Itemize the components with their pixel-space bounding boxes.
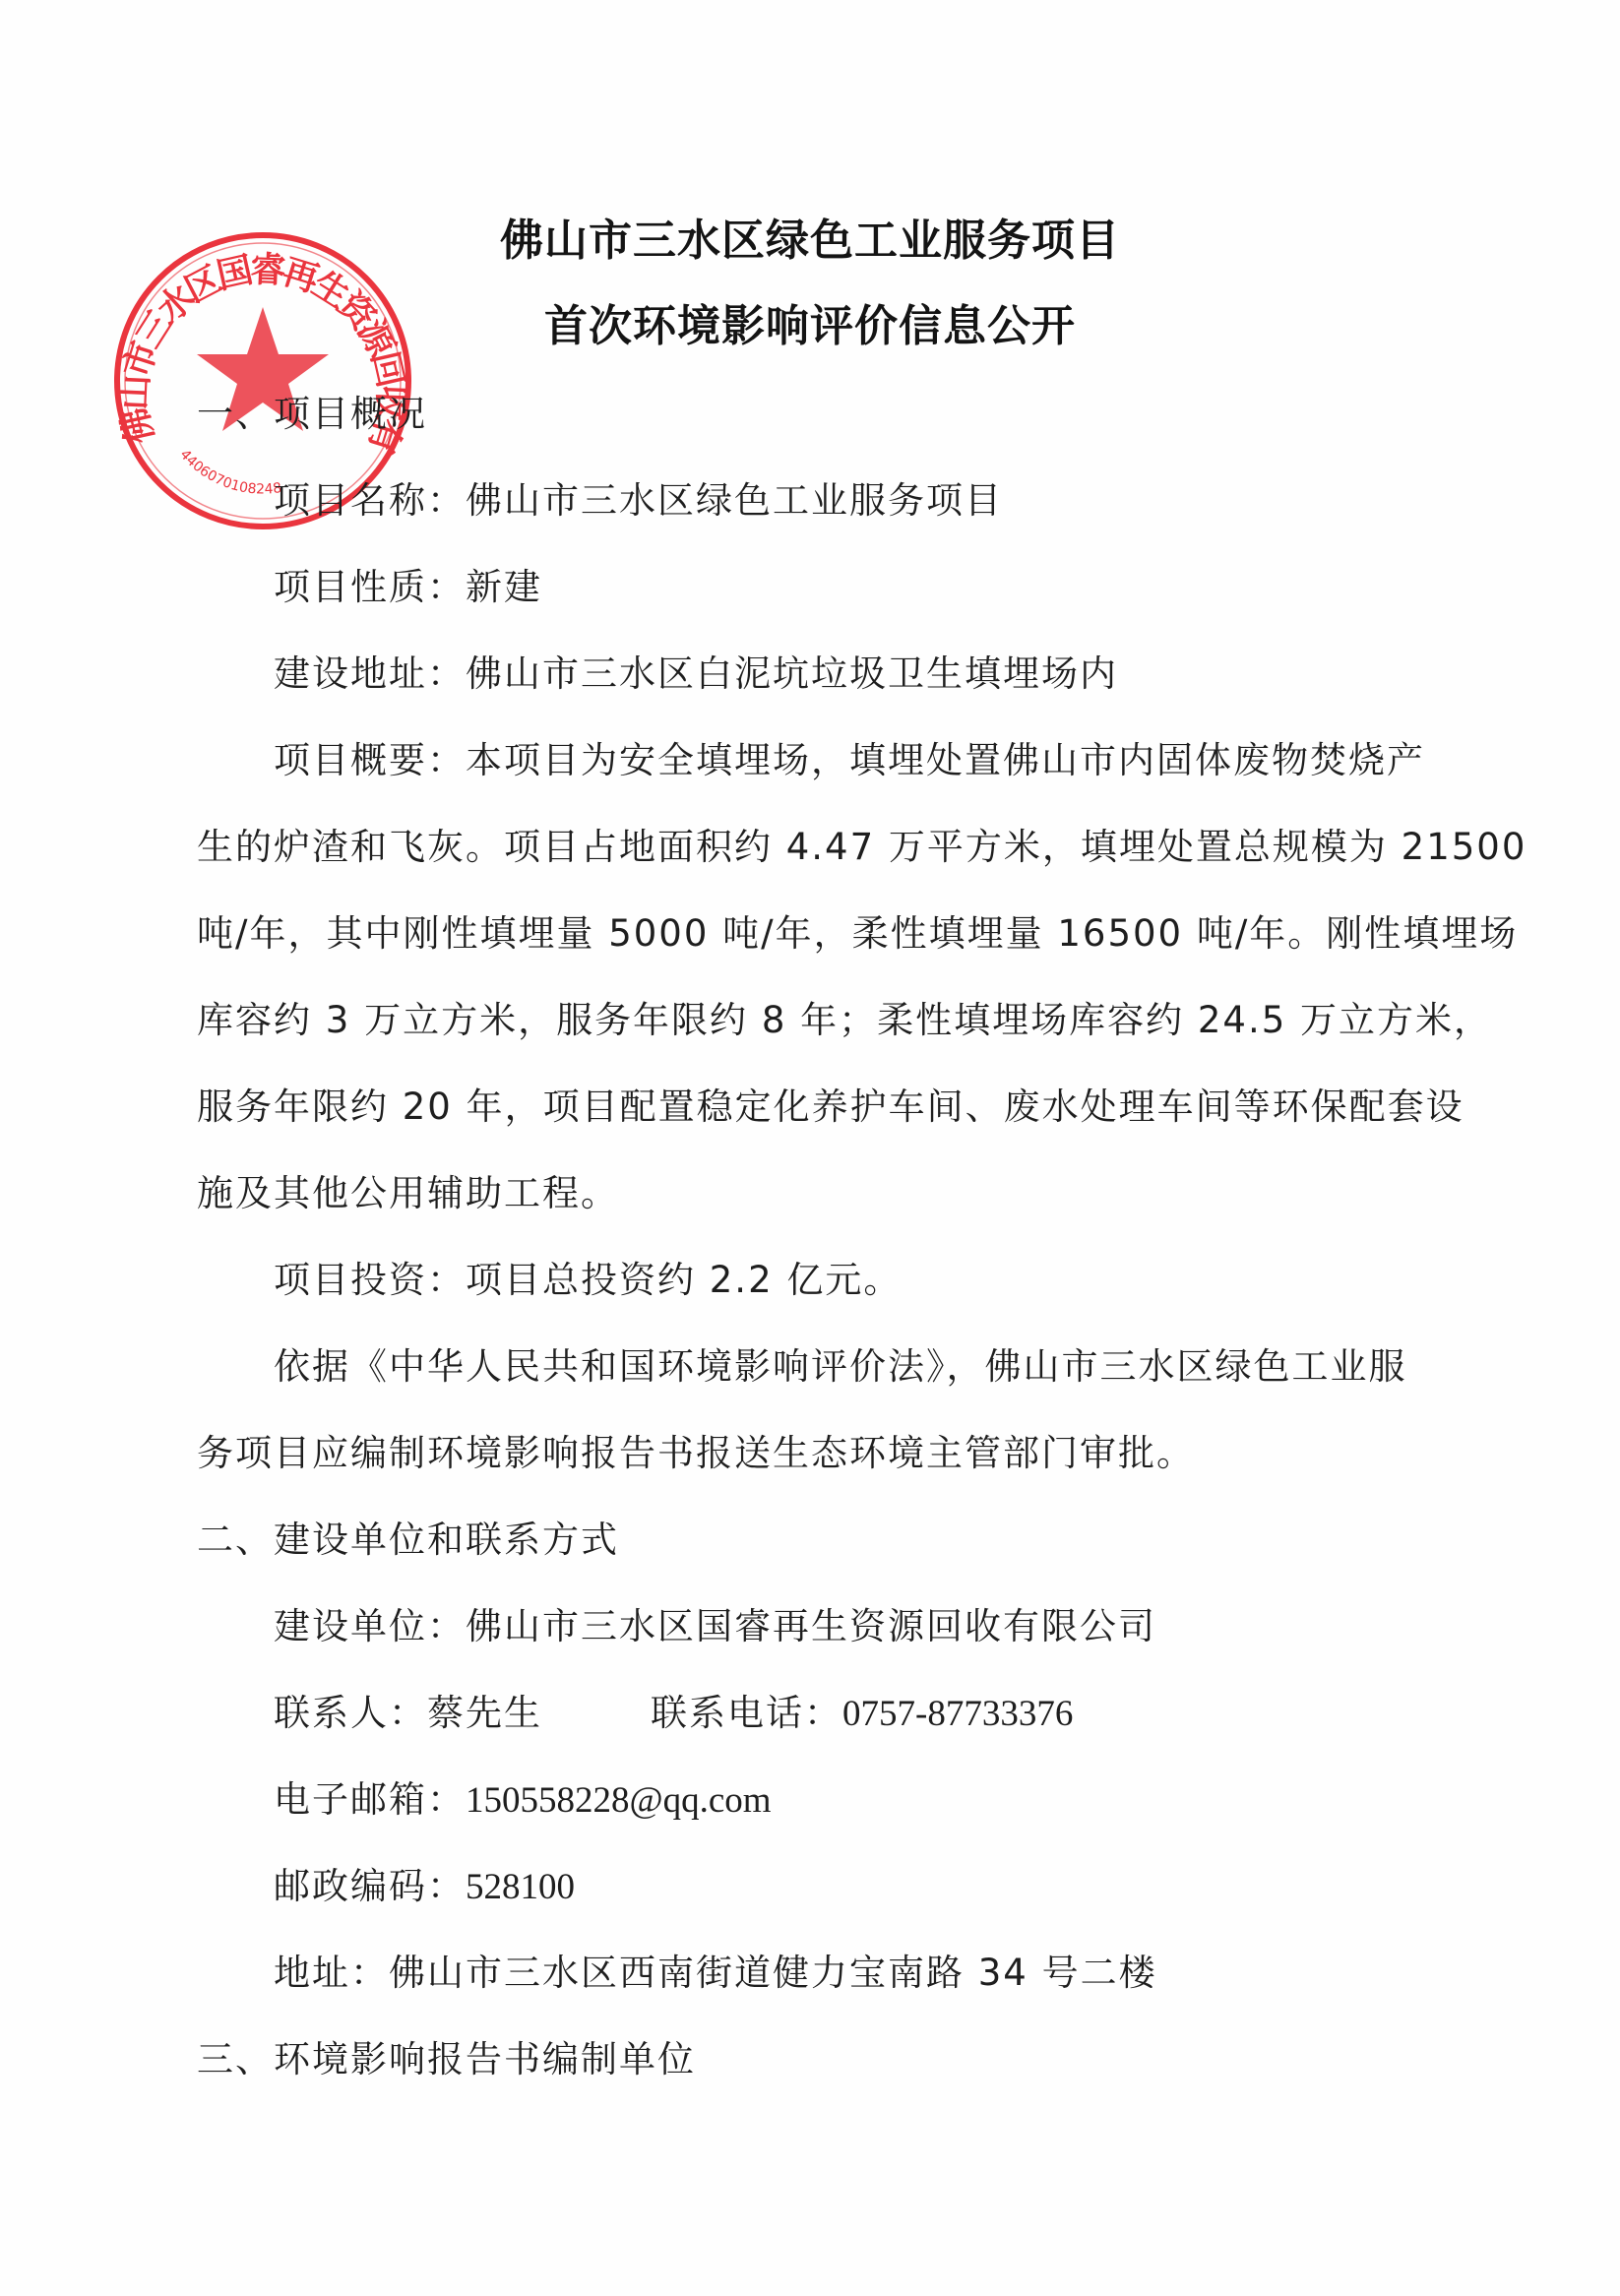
section3-heading: 三、环境影响报告书编制单位 (197, 2029, 696, 2082)
field-label: 电子邮箱： (274, 1778, 466, 1821)
field-value: 佛山市三水区国睿再生资源回收有限公司 (466, 1605, 1156, 1647)
field-label: 项目投资： (274, 1259, 466, 1301)
field-address: 地址：佛山市三水区西南街道健力宝南路 34 号二楼 (274, 1943, 1157, 1996)
overview-line-3: 库容约 3 万立方米，服务年限约 8 年；柔性填埋场库容约 24.5 万立方米， (197, 990, 1492, 1043)
field-label: 建设单位： (274, 1605, 466, 1647)
overview-line-2: 吨/年，其中刚性填埋量 5000 吨/年，柔性填埋量 16500 吨/年。刚性填… (197, 903, 1518, 957)
field-label: 项目名称： (274, 479, 466, 522)
field-email: 电子邮箱：150558228@qq.com (274, 1769, 772, 1823)
overview-line-1: 生的炉渣和飞灰。项目占地面积约 4.47 万平方米，填埋处置总规模为 21500 (197, 817, 1527, 870)
phone-value: 0757-87733376 (842, 1694, 1073, 1734)
overview-line-0: 项目概要：本项目为安全填埋场，填埋处置佛山市内固体废物焚烧产 (274, 730, 1425, 783)
overview-line-4: 服务年限约 20 年，项目配置稳定化养护车间、废水处理车间等环保配套设 (197, 1077, 1464, 1130)
field-value: 项目总投资约 2.2 亿元。 (466, 1259, 902, 1301)
field-investment: 项目投资：项目总投资约 2.2 亿元。 (274, 1250, 902, 1303)
field-postcode: 邮政编码：528100 (274, 1856, 575, 1909)
field-label: 地址： (274, 1952, 389, 1994)
basis-line-0: 依据《中华人民共和国环境影响评价法》，佛山市三水区绿色工业服 (274, 1336, 1407, 1390)
field-label: 建设地址： (274, 652, 466, 695)
seal-code: 4406070108248 (176, 447, 282, 498)
field-project-nature: 项目性质：新建 (274, 557, 542, 610)
overview-line-5: 施及其他公用辅助工程。 (197, 1163, 619, 1216)
overview-label: 项目概要： (274, 739, 466, 781)
field-value: 新建 (466, 566, 542, 608)
field-contact-row: 联系人：蔡先生联系电话：0757-87733376 (274, 1683, 1073, 1736)
document-title-line2: 首次环境影响评价信息公开 (0, 290, 1620, 353)
field-value: 佛山市三水区绿色工业服务项目 (466, 479, 1003, 522)
overview-text: 本项目为安全填埋场，填埋处置佛山市内固体废物焚烧产 (466, 739, 1425, 781)
contact-label: 联系人： (274, 1692, 427, 1734)
field-label: 邮政编码： (274, 1865, 466, 1907)
field-label: 项目性质： (274, 566, 466, 608)
phone-label: 联系电话： (651, 1692, 842, 1734)
section1-heading: 一、项目概况 (197, 384, 427, 437)
email-value: 150558228@qq.com (466, 1780, 772, 1821)
svg-text:4406070108248: 4406070108248 (176, 447, 282, 498)
field-site-address: 建设地址：佛山市三水区白泥坑垃圾卫生填埋场内 (274, 644, 1118, 697)
section2-heading: 二、建设单位和联系方式 (197, 1510, 619, 1563)
field-construction-unit: 建设单位：佛山市三水区国睿再生资源回收有限公司 (274, 1596, 1156, 1649)
document-page: 佛山市三水区国睿再生资源回收有限公司 4406070108248 佛山市三水区绿… (0, 0, 1620, 2296)
field-project-name: 项目名称：佛山市三水区绿色工业服务项目 (274, 470, 1003, 524)
basis-line-1: 务项目应编制环境影响报告书报送生态环境主管部门审批。 (197, 1423, 1195, 1476)
postcode-value: 528100 (466, 1867, 575, 1907)
document-title-line1: 佛山市三水区绿色工业服务项目 (0, 205, 1620, 268)
contact-value: 蔡先生 (427, 1692, 542, 1734)
field-value: 佛山市三水区白泥坑垃圾卫生填埋场内 (466, 652, 1118, 695)
address-value: 佛山市三水区西南街道健力宝南路 34 号二楼 (389, 1952, 1157, 1994)
